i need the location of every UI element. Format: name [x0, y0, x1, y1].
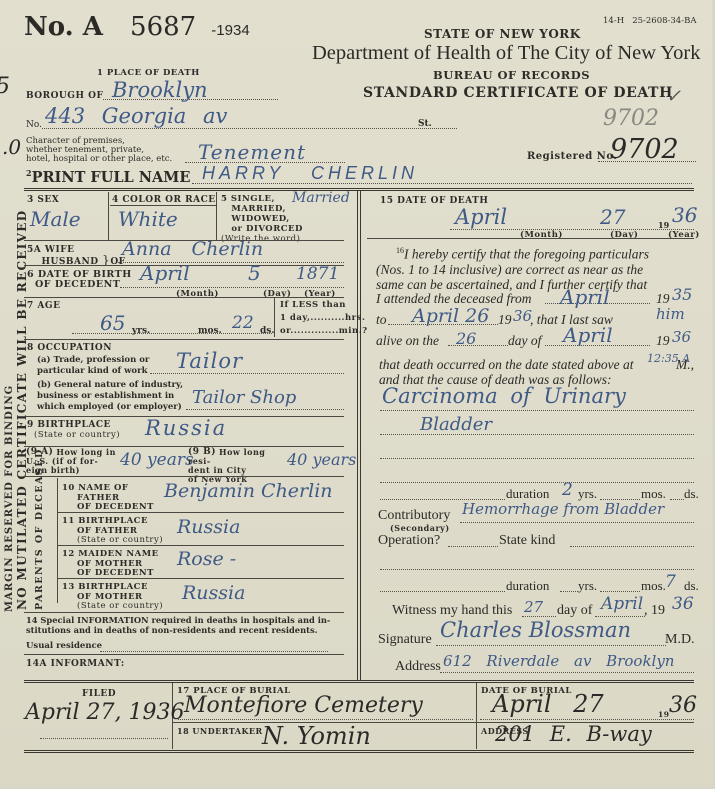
undertaker-label: 18 UNDERTAKER	[177, 726, 263, 736]
checkmark-icon: ✓	[666, 86, 681, 107]
mother-birthplace-value: Russia	[182, 582, 245, 604]
contributory-duration-days: 7	[665, 572, 676, 592]
filed-label: FILED	[82, 689, 116, 699]
form-code: 14-H 25-2608-34-BA	[603, 16, 696, 26]
years-in-us-value: 40 years	[120, 450, 194, 470]
cert-prefix: No. A	[24, 12, 103, 42]
special-info-label: 14 Special INFORMATION required in death…	[26, 615, 330, 635]
attended-from-value: April	[560, 285, 610, 309]
race-label: 4 COLOR OR RACE	[112, 195, 216, 205]
margin-mark: 5	[0, 74, 10, 99]
dob-label: 6 DATE OF BIRTH OF DECEDENT	[27, 270, 132, 290]
certificate-title: STANDARD CERTIFICATE OF DEATH	[363, 85, 673, 101]
dob-month: April	[140, 261, 190, 285]
undertaker-value: N. Yomin	[262, 722, 371, 750]
burial-year-value: 36	[669, 693, 697, 718]
place-address-value: 443 Georgia av	[45, 104, 227, 128]
age-days: 22	[232, 313, 254, 333]
marital-label: 5 SINGLE, MARRIED, WIDOWED, or DIVORCED …	[221, 194, 303, 244]
address-no-label: No.	[26, 120, 42, 130]
pencil-number: 9702	[603, 106, 659, 131]
department-title: Department of Health of The City of New …	[312, 42, 700, 65]
witness-month-value: April	[601, 594, 643, 614]
premises-label: Character of premises, whether tenement,…	[26, 137, 172, 164]
marital-value: Married	[292, 190, 350, 206]
state-title: STATE OF NEW YORK	[424, 27, 581, 41]
physician-signature: Charles Blossman	[440, 618, 631, 642]
dob-year: 1871	[296, 264, 339, 284]
st-label: St.	[418, 119, 432, 129]
borough-value: Brooklyn	[112, 78, 208, 102]
burial-date-value: April 27	[492, 690, 604, 718]
father-birthplace-value: Russia	[177, 516, 240, 538]
burial-place-value: Montefiore Cemetery	[184, 693, 423, 718]
industry-value: Tailor Shop	[192, 387, 296, 408]
contributory-value: Hemorrhage from Bladder	[462, 500, 664, 518]
death-day: 27	[600, 205, 625, 229]
death-certificate: 5 .0 MARGIN RESERVED FOR BINDING NO MUTI…	[0, 0, 712, 786]
filed-value: April 27, 1936	[25, 700, 185, 725]
mother-birthplace-label: 13 BIRTHPLACE OF MOTHER (State or countr…	[62, 583, 163, 612]
years-in-city-label: (9 B) How long resi- dent in City of New…	[188, 448, 278, 484]
spouse-value: Anna Cherlin	[122, 238, 263, 260]
borough-label: BOROUGH OF	[26, 91, 103, 101]
full-name-label: 2PRINT FULL NAME	[26, 168, 190, 186]
father-name-value: Benjamin Cherlin	[164, 480, 333, 502]
occupation-value: Tailor	[176, 349, 243, 373]
spouse-label: 5A WIFE HUSBAND }OF	[27, 245, 126, 267]
bureau-title: BUREAU OF RECORDS	[433, 68, 590, 82]
occupation-label: 8 OCCUPATION	[27, 343, 112, 353]
certification-text: 16I hereby certify that the foregoing pa…	[376, 243, 696, 292]
attended-from-year: 35	[672, 285, 692, 304]
full-name-value: HARRY CHERLIN	[202, 163, 418, 184]
registered-number: 9702	[610, 134, 679, 165]
mother-name-value: Rose -	[177, 548, 236, 570]
cert-number: 5687	[130, 12, 196, 42]
age-less-than-day-label: If LESS than 1 day,..........hrs. or....…	[280, 299, 368, 338]
margin-mark: .0	[2, 135, 21, 159]
witness-year-value: 36	[672, 594, 694, 614]
occupation-trade-label: (a) Trade, profession or particular kind…	[37, 355, 149, 377]
birthplace-label: 9 BIRTHPLACE (State or country)	[27, 420, 120, 440]
margin-binding-note: MARGIN RESERVED FOR BINDING	[4, 385, 15, 612]
death-month: April	[455, 205, 507, 229]
father-name-label: 10 NAME OF FATHER OF DECEDENT	[62, 484, 154, 513]
sex-value: Male	[30, 207, 81, 231]
physician-address-label: Address	[395, 659, 441, 675]
mother-name-label: 12 MAIDEN NAME OF MOTHER OF DECEDENT	[62, 550, 159, 579]
last-saw-value: him	[656, 305, 685, 323]
witness-label: Witness my hand this	[392, 603, 512, 619]
certificate-number: No. A 5687 -1934	[24, 12, 250, 42]
death-year: 36	[672, 203, 697, 227]
attended-to-value: April 26	[412, 305, 489, 327]
usual-residence-value	[100, 640, 328, 651]
informant-label: 14A INFORMANT:	[26, 659, 125, 669]
physician-address-value: 612 Riverdale av Brooklyn	[443, 652, 674, 670]
alive-day-value: 26	[456, 329, 476, 348]
age-years: 65	[100, 311, 125, 335]
usual-residence-label: Usual residence	[26, 641, 102, 651]
witness-day-value: 27	[524, 598, 543, 616]
contributory-label: Contributory	[378, 508, 450, 524]
race-value: White	[118, 207, 178, 231]
cause-duration-years: 2	[562, 480, 573, 500]
state-kind-label: State kind	[499, 533, 555, 549]
place-of-death-label: 1 PLACE OF DEATH	[97, 68, 200, 78]
parents-side-label: PARENTS OF DECEASED	[34, 448, 45, 610]
sex-label: 3 SEX	[27, 195, 59, 205]
undertaker-address-value: 201 E. B-way	[495, 722, 652, 746]
cause-line-2: Bladder	[420, 414, 492, 435]
age-label: 7 AGE	[27, 301, 60, 311]
alive-year-value: 36	[672, 328, 691, 346]
birthplace-value: Russia	[145, 416, 227, 440]
occupation-industry-label: (b) General nature of industry, business…	[37, 380, 183, 413]
father-birthplace-label: 11 BIRTHPLACE OF FATHER (State or countr…	[62, 517, 163, 546]
cert-year: -1934	[211, 22, 249, 39]
alive-month-value: April	[563, 323, 613, 347]
signature-label: Signature	[378, 632, 432, 648]
premises-value: Tenement	[198, 140, 306, 164]
operation-label: Operation?	[378, 533, 440, 549]
dob-day: 5	[248, 261, 261, 285]
years-in-city-value: 40 years	[287, 450, 356, 469]
cause-line-1: Carcinoma of Urinary	[382, 384, 626, 408]
